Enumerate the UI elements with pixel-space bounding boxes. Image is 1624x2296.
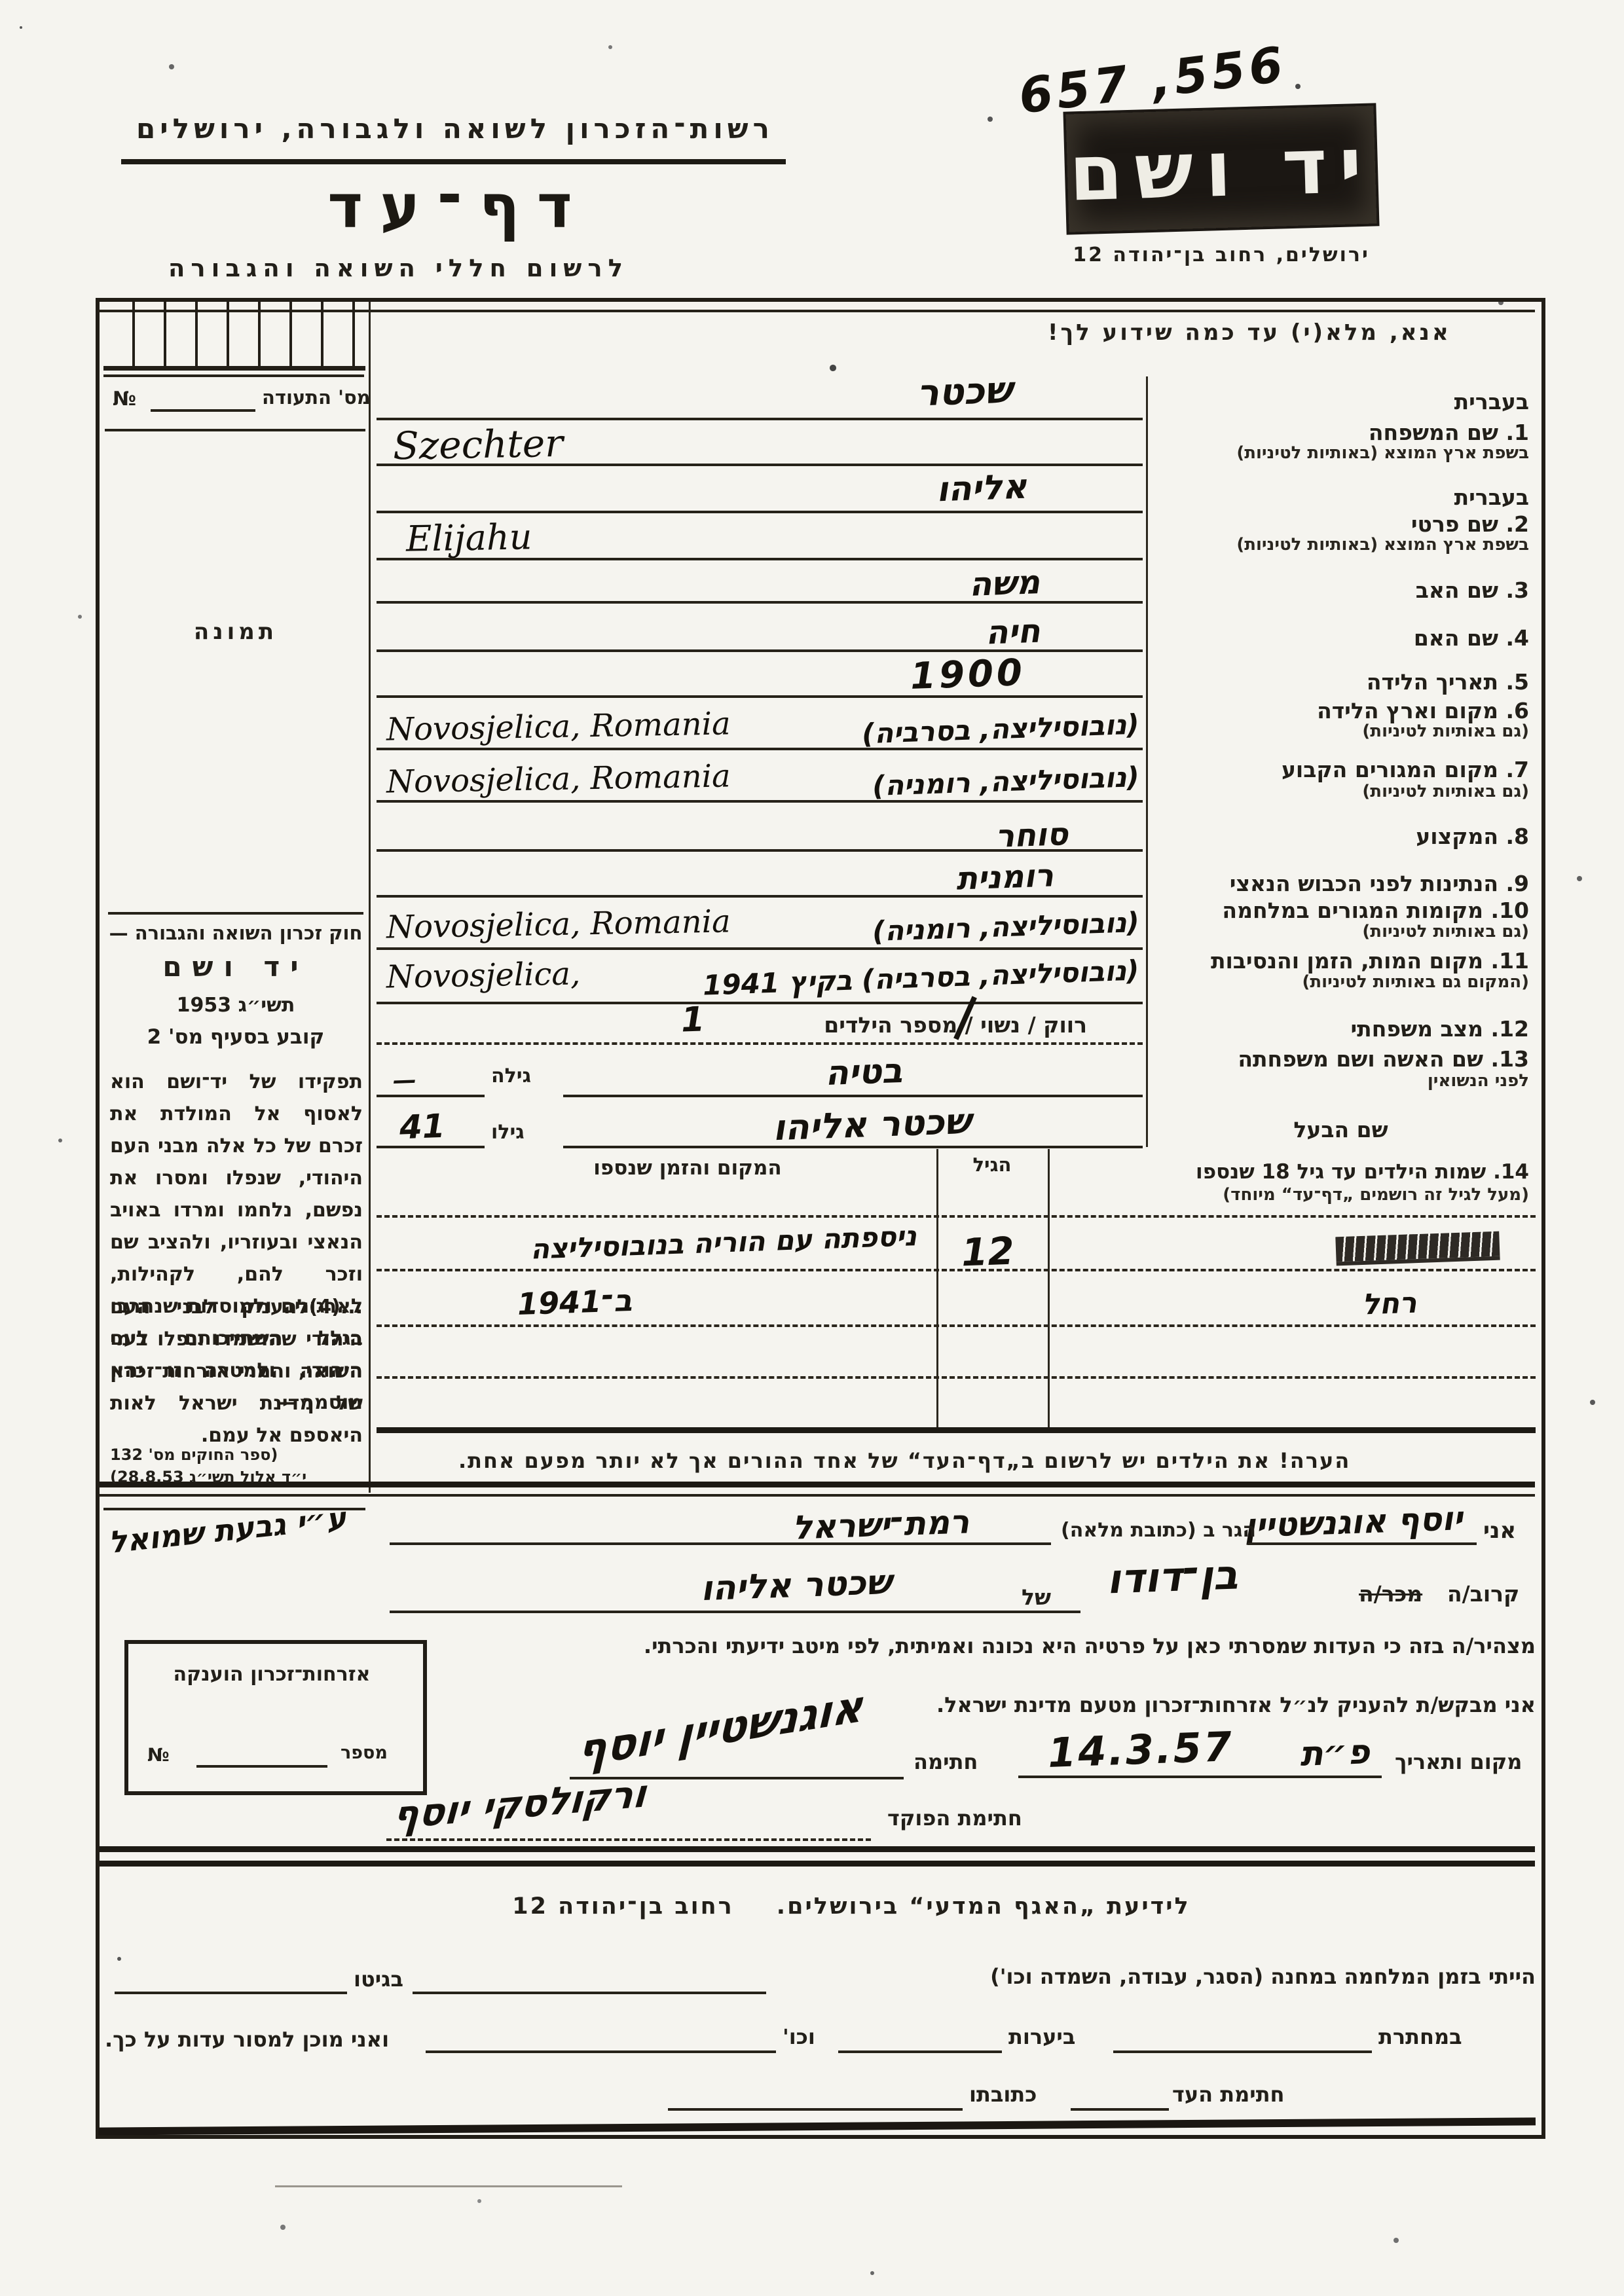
wartime-residence-value-row: (נובוסיליצה, רומניה) Novosjelica, Romani… [386,906,1139,943]
form-title: דף־עד [327,172,589,242]
decl-i-label: אני [1483,1518,1516,1544]
clerk-signature-line [386,1838,871,1841]
etc-label: וכו' [783,2024,815,2049]
field10-title: 10. מקומות המגורים במלחמה [1153,898,1529,923]
relation-value: בן־דודו [1106,1551,1239,1603]
law-title-1: חוק זכרון השואה והגבורה — [105,922,367,944]
address-value: רמת־ישראל [792,1503,970,1546]
marital-status-options: רווק / נשוי / מספר הילדים [720,1012,1087,1038]
grant-no-mark: № [147,1744,170,1766]
husband-name-value: שכטר אליהו [772,1101,972,1149]
residence-value-row: (נובוסיליצה, רומניה) Novosjelica, Romani… [386,761,1139,797]
decl-separator-1 [100,1482,1535,1487]
line-f11 [377,1002,1143,1004]
child-place-line2: ב־1941 [517,1283,633,1322]
relation-crossed-label: מכר/ה [1359,1581,1422,1607]
line-f2-he [377,511,1143,513]
field13-sub: לפני הנשואין [1153,1071,1529,1091]
field5-title: 5. תאריך הלידה [1153,669,1529,695]
table-row1-line [377,1269,1536,1271]
fill-instruction: אנא, מלא(י) עד כמה שידוע לך! [1048,319,1532,346]
line-f1-he [377,418,1143,420]
mother-name-value: חיה [985,612,1041,652]
husband-age-value: 41 [399,1107,446,1146]
witness-name-value: יוסף אוגנשטיין [1244,1499,1463,1545]
table-divider-age-right [1048,1149,1050,1430]
place-date-label: מקום ותאריך [1395,1749,1522,1774]
field2-lang-label: בעברית [1153,484,1529,510]
scan-noise [20,26,22,29]
tally-strip [103,302,365,371]
camp-answer-line [413,1992,766,1994]
forests-line [838,2050,1002,2053]
birth-place-latin: Novosjelica, Romania [386,705,731,748]
field3-title: 3. שם האב [1153,577,1529,603]
field11-title: 11. מקום המות, הזמן והנסיבות [1153,948,1529,974]
husband-name-label: שם הבעל [1153,1117,1529,1142]
table-bottom-line [377,1427,1536,1433]
doc-number-label: מס' התעודה [262,386,371,409]
declaration-statement: מצהיר/ה בזה כי העדות שמסרתי כאן על פרטיה… [390,1633,1536,1658]
org-name: רשות־הזכרון לשואה ולגבורה, ירושלים [124,113,786,145]
wife-age-label: גילה [491,1065,531,1087]
bottom-separator-2 [100,1861,1535,1867]
line-f8 [377,849,1143,852]
field6-title: 6. מקום וארץ הלידה [1153,698,1529,723]
child-age-value: 12 [961,1229,1015,1275]
field2-title: 2. שם פרטי [1153,511,1529,537]
date-value: 14.3.57 [1047,1722,1234,1777]
family-name-latin-value: Szechter [392,421,563,469]
child-name-value: רחל [1361,1286,1417,1322]
field14-title: 14. שמות הילדים עד גיל 18 שנספו [1153,1160,1529,1184]
left-column-divider [369,302,371,1493]
etc-line [426,2050,776,2053]
death-place-value-row: (נובוסיליצה, בסרביה) בקיץ 1941 Novosjeli… [386,957,1139,994]
birth-place-hebrew: (נובוסיליצה, בסרביה) [862,708,1140,750]
ghetto-label: בגיטו [354,1967,403,1992]
witness-addr-line [668,2108,963,2111]
line-f13-age [377,1095,485,1097]
table-row2-line [377,1324,1536,1327]
witness-sig-label: חתימת העד [1172,2082,1285,2107]
field13-title: 13. שם האשה ושם משפחתה [1153,1046,1529,1072]
field14-sub: (מעל לגיל זה רושמים „דף־עד“ מיוחד) [1153,1185,1529,1205]
residence-latin: Novosjelica, Romania [386,757,731,800]
line-f7 [377,800,1143,803]
husband-age-label: גילו [491,1121,525,1144]
form-subtitle: לרשום חללי השואה והגבורה [236,254,629,282]
field2-sub: בשפת ארץ המוצא (באותיות לטיניות) [1153,535,1529,555]
table-col-place: המקום והזמן שנספו [458,1156,917,1180]
bottom-separator-1 [100,1846,1535,1852]
law-title-2: יד ושם [105,951,367,983]
field9-title: 9. הנתינות לפני הכבוש הנאצי [1153,871,1529,896]
place-value: פ״ת [1299,1732,1371,1774]
table-col-age: הגיל [940,1154,1044,1176]
doc-number-no-mark: № [113,388,136,410]
line-husband-name [563,1146,1143,1148]
decl-separator-2 [100,1494,1535,1497]
death-place-latin: Novosjelica, [386,955,581,995]
witness-name-line [1247,1542,1477,1545]
field8-title: 8. המקצוע [1153,824,1529,849]
birth-date-value: 1900 [910,651,1026,698]
line-f4 [377,649,1143,652]
line-f12 [377,1042,1143,1045]
law-source-2: י״ד אלול תשי״ג 28.8.53) [110,1468,306,1486]
declaration-request: אני מבקש/ת להעניק לנ״ל אזרחות־זכרון מטעם… [481,1692,1536,1717]
scan-artifact-line [275,2185,622,2187]
grant-number-label: מספר [341,1743,388,1763]
wartime-residence-hebrew: (נובוסיליצה, רומניה) [872,906,1140,947]
yad-vashem-stamp-logo: יד ושם [1066,105,1377,232]
relation-label: קרוב/ה [1447,1581,1519,1607]
first-name-latin-value: Elijahu [405,516,532,559]
birth-place-value-row: (נובוסיליצה, בסרביה) Novosjelica, Romani… [386,708,1139,745]
line-f6 [377,748,1143,750]
line-f10 [377,947,1143,950]
family-name-hebrew-value: שכטר [916,369,1013,414]
table-row3-line [377,1376,1536,1379]
line-f2-latin [377,558,1143,560]
line-f5 [377,695,1143,698]
forests-label: ביערות [1008,2024,1075,2049]
father-name-value: משה [969,563,1041,604]
field12-title: 12. מצב משפחתי [1153,1016,1529,1042]
page-of-testimony-scan: 556, 657 רשות־הזכרון לשואה ולגבורה, ירוש… [0,0,1624,2296]
field1-sub: בשפת ארץ המוצא (באותיות לטיניות) [1153,443,1529,463]
bottom-heading: לידיעת „האגף המדעי“ בירושלים. [777,1893,1190,1920]
grant-box-title: אזרחות־זכרון הוענקה [131,1663,413,1686]
signature-label: חתימה [913,1749,978,1774]
underground-label: במחתרת [1378,2024,1462,2049]
citizenship-value: רומנית [955,857,1054,897]
law-title-4: קובע בסעיף מס' 2 [105,1025,367,1049]
residence-hebrew: (נובוסיליצה, רומניה) [872,761,1140,802]
children-count-value: 1 [680,1000,705,1040]
address-line [390,1542,1051,1545]
label-answer-divider [1146,376,1148,1147]
grant-number-line [196,1765,327,1768]
line-f9 [377,895,1143,898]
law-body-2: ...(4)להעניק לבני העם היהודי שהושמדו ונפ… [110,1291,363,1451]
law-title-3: תשי״ג 1953 [105,994,367,1017]
line-husband-age [377,1146,485,1148]
clerk-signature-label: חתימת הפוקד [887,1806,1022,1831]
field7-sub: (גם באותיות לטיניות) [1153,782,1529,801]
field11-sub: (המקום גם באותיות לטיניות) [1153,972,1529,992]
photo-placeholder-label: תמונה [164,619,308,645]
line-f13-name [563,1095,1143,1097]
field1-lang-label: בעברית [1153,389,1529,414]
field4-title: 4. שם האם [1153,625,1529,651]
address-label: הגר ב (כתובת מלאה) [1061,1519,1256,1542]
field6-sub: (גם באותיות לטיניות) [1153,721,1529,741]
law-source-1: (ספר החוקים מס' 132 [110,1446,278,1464]
table-header-line [377,1215,1536,1218]
line-f1-latin [377,464,1143,466]
crossed-out-name-scribble [1335,1231,1500,1266]
subject-name-value: שכטר אליהו [700,1563,892,1609]
wife-name-value: בטיה [824,1051,903,1093]
underground-line [1113,2050,1372,2053]
witness-sig-line [1071,2108,1169,2111]
children-note: הערה! את הילדים יש לרשום ב„דף־העד“ של אח… [458,1448,1506,1473]
table-divider-age-left [936,1149,938,1430]
law-top-line [108,912,363,915]
doc-number-line [151,409,255,412]
testify-ready-label: ואני מוכן למסור עדות על כך. [105,2027,389,2052]
tally-underline [103,374,364,377]
doc-number-bottom-line [105,429,365,431]
bottom-heading-address: רחוב בן־יהודה 12 [512,1893,733,1920]
first-name-hebrew-value: אליהו [936,467,1027,510]
field10-sub: (גם באותיות לטיניות) [1153,922,1529,941]
ghetto-answer-line [115,1992,347,1994]
of-label: של [1022,1584,1051,1610]
relation-line [390,1611,1080,1613]
logo-address: ירושלים, רחוב בן־יהודה 12 [1012,244,1431,266]
bottom-heading-row: לידיעת „האגף המדעי“ בירושלים. רחוב בן־יה… [393,1893,1310,1920]
witness-addr-label: כתובתו [969,2082,1037,2107]
field1-title: 1. שם המשפחה [1153,420,1529,445]
place-date-line [1018,1776,1382,1778]
org-underline [121,159,786,164]
wife-age-dash: — [392,1066,416,1094]
wartime-residence-latin: Novosjelica, Romania [386,903,731,945]
line-f3 [377,601,1143,604]
field7-title: 7. מקום המגורים הקבוע [1153,757,1529,782]
camp-question-label: הייתי בזמן המלחמה במחנה (הסגר, עבודה, הש… [773,1964,1536,1989]
